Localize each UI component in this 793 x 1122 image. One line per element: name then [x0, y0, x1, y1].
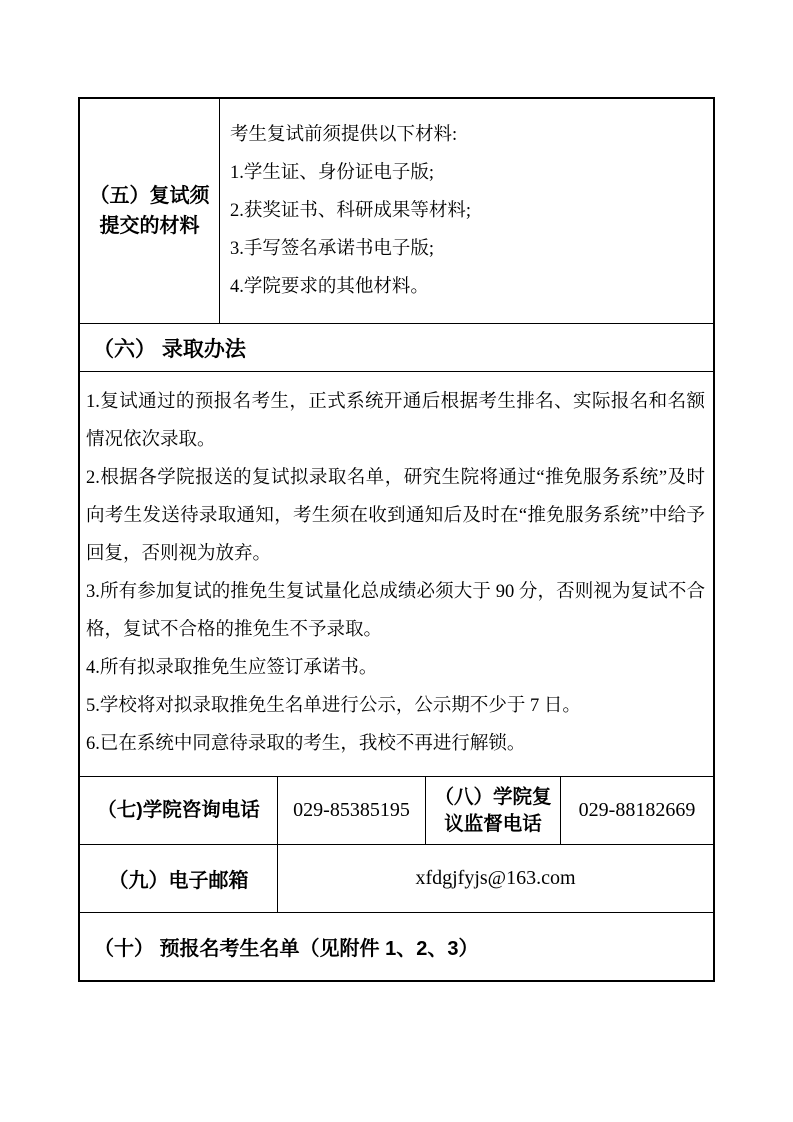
materials-item-2: 2.获奖证书、科研成果等材料; — [230, 192, 707, 230]
admission-paragraph-4: 4.所有拟录取推免生应签订承诺书。 — [86, 649, 705, 687]
supervise-phone-number: 029-88182669 — [560, 777, 713, 844]
row-phones: （七)学院咨询电话 029-85385195 （八）学院复 议监督电话 029-… — [80, 776, 713, 844]
materials-label-line-1: （五）复试须 — [90, 181, 210, 211]
admission-header-label: （六） 录取办法 — [80, 324, 713, 371]
materials-label-cell: （五）复试须 提交的材料 — [80, 99, 219, 323]
admissions-table: （五）复试须 提交的材料 考生复试前须提供以下材料: 1.学生证、身份证电子版;… — [78, 97, 715, 982]
supervise-phone-label: （八）学院复 议监督电话 — [425, 777, 560, 844]
document-page: （五）复试须 提交的材料 考生复试前须提供以下材料: 1.学生证、身份证电子版;… — [0, 0, 793, 1122]
row-email: （九）电子邮箱 xfdgjfyjs@163.com — [80, 844, 713, 912]
materials-item-1: 1.学生证、身份证电子版; — [230, 154, 707, 192]
supervise-phone-label-line-1: （八）学院复 — [434, 784, 551, 811]
applicant-list-label: （十） 预报名考生名单（见附件 1、2、3） — [80, 913, 713, 980]
consult-phone-number: 029-85385195 — [277, 777, 425, 844]
supervise-phone-label-line-2: 议监督电话 — [444, 811, 542, 838]
row-materials: （五）复试须 提交的材料 考生复试前须提供以下材料: 1.学生证、身份证电子版;… — [80, 99, 713, 323]
row-admission-header: （六） 录取办法 — [80, 323, 713, 371]
email-label: （九）电子邮箱 — [80, 845, 277, 912]
materials-item-4: 4.学院要求的其他材料。 — [230, 268, 707, 306]
admission-paragraph-1: 1.复试通过的预报名考生，正式系统开通后根据考生排名、实际报名和名额情况依次录取… — [86, 383, 705, 459]
email-address: xfdgjfyjs@163.com — [277, 845, 713, 912]
materials-intro: 考生复试前须提供以下材料: — [230, 116, 707, 154]
row-applicant-list: （十） 预报名考生名单（见附件 1、2、3） — [80, 912, 713, 980]
row-admission-body: 1.复试通过的预报名考生，正式系统开通后根据考生排名、实际报名和名额情况依次录取… — [80, 371, 713, 776]
materials-content-cell: 考生复试前须提供以下材料: 1.学生证、身份证电子版; 2.获奖证书、科研成果等… — [219, 99, 713, 323]
admission-paragraph-3: 3.所有参加复试的推免生复试量化总成绩必须大于 90 分，否则视为复试不合格，复… — [86, 573, 705, 649]
materials-label-line-2: 提交的材料 — [100, 211, 200, 241]
consult-phone-label: （七)学院咨询电话 — [80, 777, 277, 844]
admission-body-cell: 1.复试通过的预报名考生，正式系统开通后根据考生排名、实际报名和名额情况依次录取… — [80, 372, 713, 776]
admission-paragraph-5: 5.学校将对拟录取推免生名单进行公示，公示期不少于 7 日。 — [86, 687, 705, 725]
admission-paragraph-6: 6.已在系统中同意待录取的考生，我校不再进行解锁。 — [86, 725, 705, 763]
admission-paragraph-2: 2.根据各学院报送的复试拟录取名单，研究生院将通过“推免服务系统”及时向考生发送… — [86, 459, 705, 573]
materials-item-3: 3.手写签名承诺书电子版; — [230, 230, 707, 268]
